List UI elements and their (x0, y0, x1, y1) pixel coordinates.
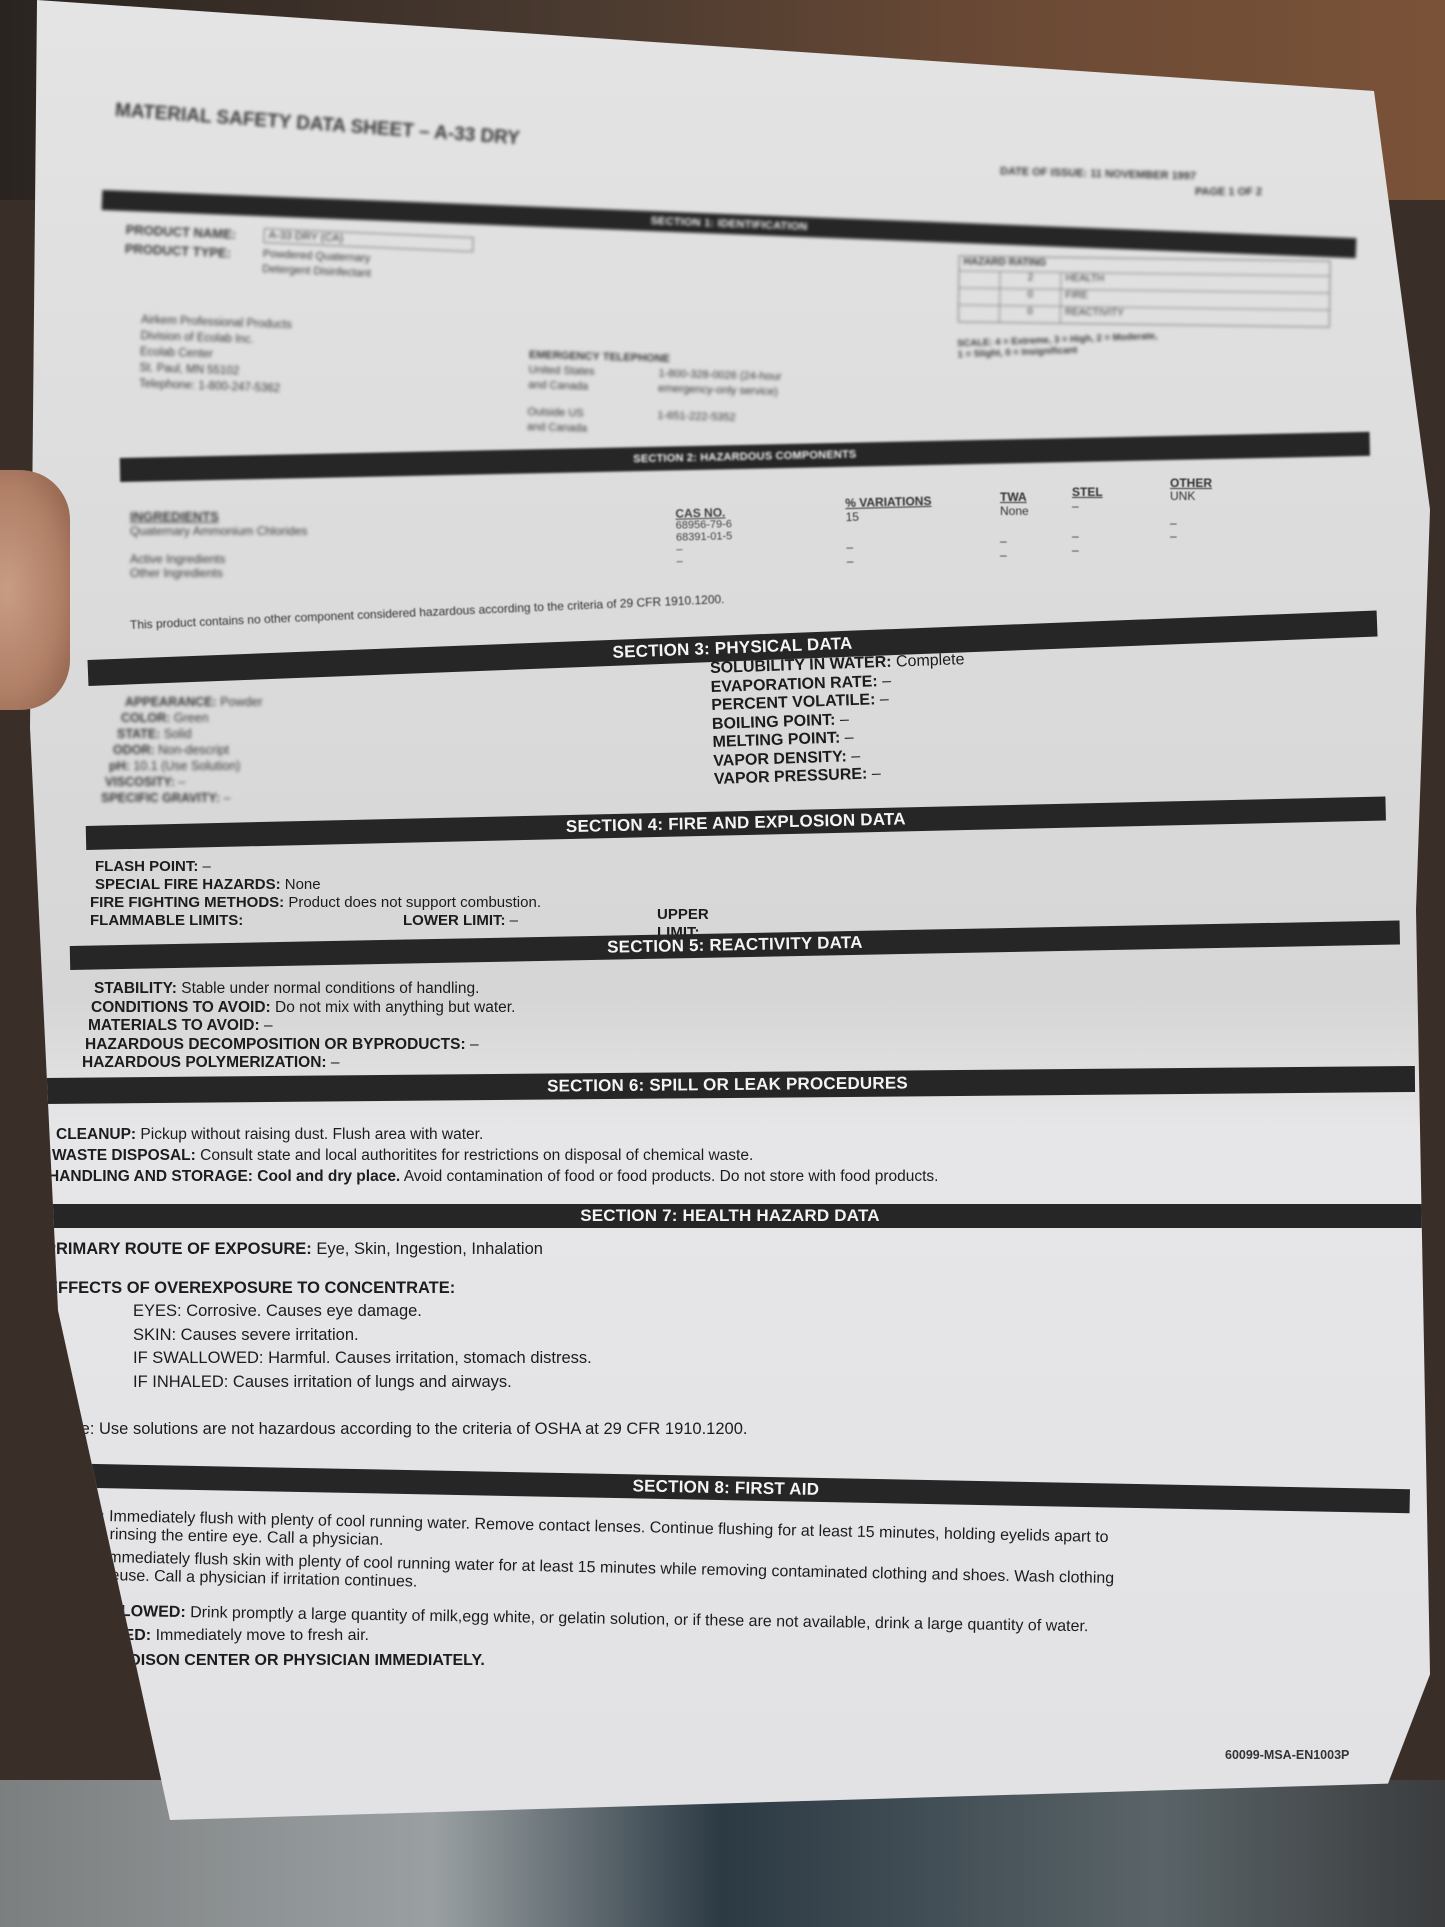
other-value: UNK (1170, 490, 1212, 503)
field-value: Stable under normal conditions of handli… (181, 980, 479, 997)
hazard-scale: SCALE: 4 = Extreme, 3 = High, 2 = Modera… (957, 324, 1328, 360)
field-value: Solid (164, 727, 192, 741)
data-row: HAZARDOUS DECOMPOSITION OR BYPRODUCTS: – (85, 1036, 515, 1055)
field-label: pH: (109, 759, 130, 773)
field-value: – (223, 791, 230, 805)
field-value: – (264, 1017, 273, 1034)
field-label: COLOR: (121, 711, 170, 725)
rating-value: 0 (1000, 289, 1061, 306)
special-hazards-label: SPECIAL FIRE HAZARDS: (95, 876, 281, 893)
stel-value: – (1072, 543, 1103, 557)
twa-value: – (1000, 534, 1029, 548)
date-of-issue-label: DATE OF ISSUE: (1000, 165, 1087, 179)
emergency-region: and Canada (527, 420, 617, 438)
field-value: – (851, 747, 860, 764)
data-row: pH: 10.1 (Use Solution) (109, 758, 263, 774)
stel-value: – (1072, 529, 1103, 543)
first-aid-eyes-label: EYES: (56, 1507, 104, 1525)
field-value: – (880, 691, 889, 708)
ingredient-name: Quaternary Ammonium Chlorides (130, 524, 307, 538)
flammable-limits-label: FLAMMABLE LIMITS: (90, 912, 243, 929)
handling-value: Avoid contamination of food or food prod… (404, 1168, 939, 1185)
hazard-rating: HAZARD RATING 2HEALTH 0FIRE 0REACTIVITY … (957, 255, 1328, 365)
section7-header: SECTION 7: HEALTH HAZARD DATA (30, 1204, 1430, 1228)
data-row: CONDITIONS TO AVOID: Do not mix with any… (91, 999, 515, 1018)
field-label: HAZARDOUS POLYMERIZATION: (82, 1054, 327, 1071)
field-value: – (844, 729, 853, 746)
field-value: Green (174, 711, 209, 725)
date-of-issue-value: 11 NOVEMBER 1997 (1090, 168, 1196, 183)
fire-fighting-value: Product does not support combustion. (288, 894, 541, 911)
page-number: PAGE 1 OF 2 (1195, 186, 1262, 198)
data-row: STABILITY: Stable under normal condition… (94, 980, 515, 999)
field-label: BOILING POINT: (712, 711, 836, 732)
spill-procedures: CLEANUP: Pickup without raising dust. Fl… (42, 1124, 938, 1187)
section8-header: SECTION 8: FIRST AID (42, 1463, 1410, 1513)
section6-header-text: SECTION 6: SPILL OR LEAK PROCEDURES (539, 1073, 916, 1096)
cleanup-value: Pickup without raising dust. Flush area … (140, 1126, 483, 1143)
handling-label: HANDLING AND STORAGE: (48, 1168, 253, 1185)
field-label: ODOR: (113, 743, 155, 757)
field-label: MATERIALS TO AVOID: (88, 1017, 260, 1034)
date-of-issue: DATE OF ISSUE: 11 NOVEMBER 1997 (1000, 165, 1196, 182)
field-label: SPECIFIC GRAVITY: (101, 791, 220, 805)
field-label: STATE: (117, 727, 160, 741)
emergency-number: 1-651-222-5352 (657, 409, 736, 426)
data-row: VISCOSITY: – (105, 774, 263, 790)
effect-item: IF INHALED: Causes irritation of lungs a… (133, 1371, 747, 1395)
field-label: VISCOSITY: (105, 775, 175, 789)
section1-header-text: SECTION 1: IDENTIFICATION (642, 215, 815, 234)
company-address: Airkem Professional Products Division of… (139, 312, 293, 397)
col-stel: STEL (1072, 485, 1103, 499)
col-twa: TWA (1000, 490, 1029, 504)
footer-code: 60099-MSA-EN1003P (1225, 1748, 1349, 1762)
product-type-label: PRODUCT TYPE: (124, 241, 245, 276)
first-aid-skin-label: SKIN: (56, 1548, 100, 1566)
waste-disposal-value: Consult state and local authoritites for… (200, 1147, 753, 1164)
rating-value: 0 (1000, 306, 1061, 323)
effects-list: EYES: Corrosive. Causes eye damage. SKIN… (133, 1300, 747, 1394)
first-aid-inhaled-label: IF INHALED: (56, 1627, 151, 1644)
field-value: – (840, 711, 849, 728)
data-row: COLOR: Green (121, 710, 263, 726)
first-aid-inhaled-text: Immediately move to fresh air. (156, 1627, 369, 1644)
field-value: Complete (896, 651, 965, 670)
col-variations: % VARIATIONS (845, 494, 932, 510)
cas-number: 68391-01-5 (676, 530, 733, 543)
field-label: APPEARANCE: (125, 695, 217, 709)
data-row: HAZARDOUS POLYMERIZATION: – (82, 1054, 515, 1073)
fire-fighting-label: FIRE FIGHTING METHODS: (90, 894, 284, 911)
physical-data-right: SOLUBILITY IN WATER: CompleteEVAPORATION… (710, 651, 969, 789)
product-name-label: PRODUCT NAME: (125, 222, 246, 242)
data-row: SPECIFIC GRAVITY: – (101, 790, 263, 806)
section7-note: Note: Use solutions are not hazardous ac… (55, 1418, 747, 1441)
section4-header-text: SECTION 4: FIRE AND EXPLOSION DATA (558, 809, 914, 837)
field-value: 10.1 (Use Solution) (133, 759, 240, 773)
call-poison-center: CALL A POISON CENTER OR PHYSICIAN IMMEDI… (56, 1648, 1088, 1673)
first-aid-more: IF SWALLOWED: Drink promptly a large qua… (56, 1598, 1088, 1673)
section7-header-text: SECTION 7: HEALTH HAZARD DATA (572, 1206, 888, 1226)
effects-label: EFFECTS OF OVEREXPOSURE TO CONCENTRATE: (47, 1277, 747, 1300)
field-value: Do not mix with anything but water. (275, 999, 515, 1016)
lower-limit-label: LOWER LIMIT: (403, 912, 505, 929)
data-row: APPEARANCE: Powder (125, 694, 263, 710)
twa-value: None (1000, 504, 1029, 518)
waste-disposal-label: WASTE DISPOSAL: (52, 1147, 196, 1164)
field-value: – (178, 775, 185, 789)
special-hazards-value: None (285, 876, 321, 893)
field-label: STABILITY: (94, 980, 177, 997)
ingredient-name: Other Ingredients (130, 566, 307, 580)
section2-header-text: SECTION 2: HAZARDOUS COMPONENTS (625, 448, 864, 465)
rating-value: 2 (1000, 272, 1061, 289)
cas-number: – (676, 554, 733, 567)
emergency-region: and Canada (528, 378, 618, 396)
field-value: – (871, 765, 880, 782)
document-title: MATERIAL SAFETY DATA SHEET – A-33 DRY (114, 100, 520, 150)
emergency-telephone: EMERGENCY TELEPHONE United Statesand Can… (527, 348, 782, 442)
flash-point-value: – (203, 858, 211, 875)
fire-data: FLASH POINT: – SPECIAL FIRE HAZARDS: Non… (95, 858, 541, 930)
data-row: STATE: Solid (117, 726, 263, 742)
msds-sheet: MATERIAL SAFETY DATA SHEET – A-33 DRY DA… (30, 0, 1430, 1820)
other-value: – (1170, 530, 1212, 543)
field-value: – (470, 1036, 479, 1053)
field-value: – (331, 1054, 340, 1071)
field-label: HAZARDOUS DECOMPOSITION OR BYPRODUCTS: (85, 1036, 466, 1053)
twa-value: – (1000, 548, 1029, 562)
thumb (0, 470, 70, 710)
primary-route-value: Eye, Skin, Ingestion, Inhalation (316, 1240, 543, 1258)
variation-value: – (847, 552, 934, 568)
data-row: MATERIALS TO AVOID: – (88, 1017, 515, 1036)
first-aid-swallowed-label: IF SWALLOWED: (56, 1602, 186, 1621)
data-row: ODOR: Non-descript (113, 742, 263, 758)
physical-data-left: APPEARANCE: PowderCOLOR: GreenSTATE: Sol… (95, 694, 263, 806)
section5-header-text: SECTION 5: REACTIVITY DATA (599, 933, 871, 958)
effect-item: SKIN: Causes severe irritation. (133, 1324, 747, 1348)
effect-item: EYES: Corrosive. Causes eye damage. (133, 1300, 747, 1324)
flash-point-label: FLASH POINT: (95, 858, 198, 875)
effect-item: IF SWALLOWED: Harmful. Causes irritation… (133, 1347, 747, 1371)
ingredient-name: Active Ingredients (130, 552, 307, 566)
field-value: Powder (220, 695, 262, 709)
stel-value: – (1072, 499, 1103, 513)
rating-name: REACTIVITY (1061, 307, 1329, 327)
field-label: CONDITIONS TO AVOID: (91, 999, 271, 1016)
cleanup-label: CLEANUP: (56, 1126, 136, 1143)
col-ingredients: INGREDIENTS (130, 509, 307, 524)
primary-route-label: PRIMARY ROUTE OF EXPOSURE: (45, 1240, 312, 1258)
field-value: – (882, 672, 891, 689)
product-info: PRODUCT NAME: A-33 DRY (CA) PRODUCT TYPE… (124, 222, 474, 286)
section4-header: SECTION 4: FIRE AND EXPLOSION DATA (86, 797, 1386, 850)
emergency-number: emergency-only service) (658, 382, 781, 400)
health-hazard-data: PRIMARY ROUTE OF EXPOSURE: Eye, Skin, In… (45, 1238, 747, 1441)
reactivity-data: STABILITY: Stable under normal condition… (78, 980, 515, 1073)
field-value: Non-descript (158, 743, 229, 757)
variation-value: 15 (845, 508, 932, 524)
section8-header-text: SECTION 8: FIRST AID (624, 1476, 827, 1500)
first-aid: EYES: Immediately flush with plenty of c… (55, 1507, 1115, 1606)
handling-bold-value: Cool and dry place. (257, 1168, 400, 1185)
lower-limit-value: – (510, 912, 518, 929)
